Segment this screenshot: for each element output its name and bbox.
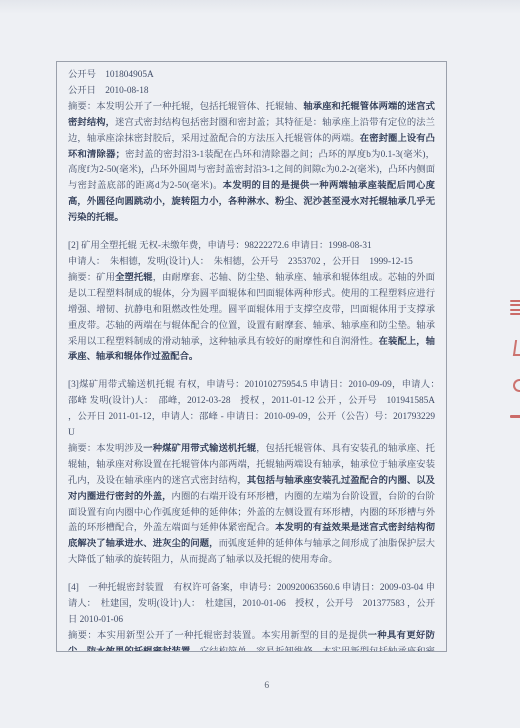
patent-section-4: [4] 一种托辊密封装置 有权许可备案，申请号：200920063560.6 申…	[68, 581, 435, 652]
patent-section-2: [2] 矿用全塑托辊 无权-未缴年费，申请号：98222272.6 申请日：19…	[68, 239, 435, 366]
section-paragraph: 摘要：矿用全塑托辊，由耐摩套、芯轴、防尘垫、轴承座、轴承和辊体组成。芯轴的外面是…	[68, 271, 435, 366]
sections: 公开号 101804905A公开日 2010-08-18摘要：本发明公开了一种托…	[68, 68, 435, 652]
section-paragraph: [3]煤矿用带式输送机托辊 有权，申请号：201010275954.5 申请日：…	[68, 378, 435, 442]
section-paragraph: 公开日 2010-08-18	[68, 84, 435, 100]
patent-section-3: [3]煤矿用带式输送机托辊 有权，申请号：201010275954.5 申请日：…	[68, 378, 435, 569]
patent-document-page: 公开号 101804905A公开日 2010-08-18摘要：本发明公开了一种托…	[0, 0, 520, 728]
section-paragraph: 摘要：本发明涉及一种煤矿用带式输送机托辊，包括托辊管体、具有安装孔的轴承座、托辊…	[68, 442, 435, 569]
page-number: 6	[0, 681, 520, 691]
red-stamp-fragment-icon	[510, 415, 520, 418]
content-border-box: 公开号 101804905A公开日 2010-08-18摘要：本发明公开了一种托…	[56, 61, 447, 652]
section-paragraph: [2] 矿用全塑托辊 无权-未缴年费，申请号：98222272.6 申请日：19…	[68, 239, 435, 255]
section-paragraph: 公开号 101804905A	[68, 68, 435, 84]
section-paragraph: 申请人： 朱相德，发明(设计)人： 朱相德，公开号 2353702 ，公开日 1…	[68, 255, 435, 271]
section-paragraph: 摘要：本实用新型公开了一种托辊密封装置。本实用新型的目的是提供一种具有更好防尘、…	[68, 629, 435, 652]
red-stamp-fragment-icon	[513, 340, 520, 356]
red-stamp-fragment-icon	[513, 379, 520, 392]
red-stamp-fragment-icon	[509, 297, 520, 314]
red-stamp-marks	[504, 297, 520, 432]
patent-section-1: 公开号 101804905A公开日 2010-08-18摘要：本发明公开了一种托…	[68, 68, 435, 227]
section-paragraph: 摘要：本发明公开了一种托辊，包括托辊管体、托辊轴、轴承座和托辊管体两端的迷宫式密…	[68, 100, 435, 227]
section-paragraph: [4] 一种托辊密封装置 有权许可备案，申请号：200920063560.6 申…	[68, 581, 435, 629]
